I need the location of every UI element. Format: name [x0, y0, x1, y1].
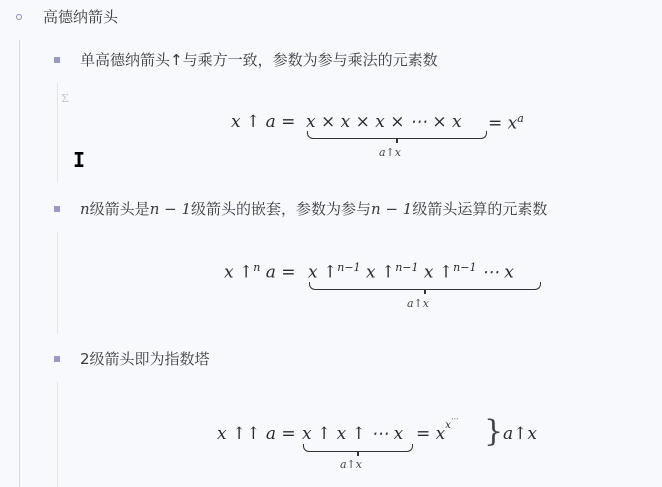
- formula-1-lhs: x ↑ a =: [231, 112, 295, 132]
- item-2-text[interactable]: n级箭头是n − 1级箭头的嵌套，参数为参与n − 1级箭头运算的元素数: [80, 199, 547, 219]
- block-guide-line-2: [57, 232, 58, 334]
- block-guide-line-3: [57, 382, 58, 487]
- underbrace-tip: [357, 451, 359, 456]
- formula-1-rhs: = xa: [488, 112, 524, 134]
- text-cursor-icon: I: [73, 148, 85, 172]
- formula-3-braced: x ↑ x ↑ ⋯ x: [302, 424, 403, 444]
- formula-2-under-label: a↑x: [407, 297, 429, 310]
- text-part: 级箭头是: [90, 200, 150, 218]
- math-n-minus-1: n − 1: [150, 200, 191, 218]
- item-3-text[interactable]: 2级箭头即为指数塔: [80, 349, 210, 369]
- block-guide-line-1: [57, 83, 58, 183]
- square-bullet-icon: [54, 356, 60, 362]
- right-brace: }: [484, 414, 503, 449]
- formula-3-rhs: = xx⋯: [416, 424, 458, 444]
- underbrace-tip: [424, 289, 426, 294]
- formula-2-lhs: x ↑n a =: [224, 261, 296, 283]
- formula-1-braced: x × x × x × ⋯ × x: [306, 112, 462, 132]
- formula-2-braced: x ↑n−1 x ↑n−1 x ↑n−1 ⋯ x: [308, 261, 514, 283]
- formula-3-brace-label: a↑x: [503, 424, 537, 444]
- item-1-text[interactable]: 单高德纳箭头↑与乘方一致，参数为参与乘法的元素数: [80, 50, 438, 70]
- math-n-minus-1: n − 1: [371, 200, 412, 218]
- square-bullet-icon: [54, 206, 60, 212]
- outline-guide-line: [19, 40, 20, 487]
- square-bullet-icon: [54, 57, 60, 63]
- formula-3-lhs: x ↑↑ a =: [217, 424, 296, 444]
- sigma-icon[interactable]: Σ: [61, 92, 69, 105]
- math-n: n: [80, 200, 90, 218]
- formula-1-under-label: a↑x: [379, 146, 401, 159]
- underbrace-tip: [396, 138, 398, 143]
- circle-bullet-icon: [16, 14, 22, 20]
- text-part: 级箭头运算的元素数: [412, 200, 547, 218]
- text-part: 级箭头的嵌套，参数为参与: [191, 200, 371, 218]
- outline-heading[interactable]: 高德纳箭头: [43, 7, 118, 27]
- formula-3-under-label: a↑x: [340, 458, 362, 471]
